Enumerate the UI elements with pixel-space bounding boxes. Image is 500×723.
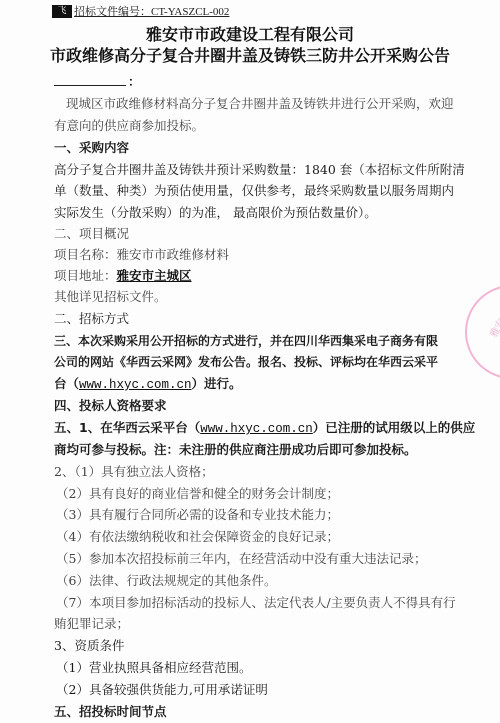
project-address-value: 雅安市主城区 — [117, 268, 192, 283]
qualification-item: （5）参加本次招投标前三年内，在经营活动中没有重大违法记录； — [56, 551, 426, 567]
project-name-row: 项目名称：雅安市市政维修材料 — [54, 247, 229, 263]
section-2-heading: 二、项目概况 — [54, 226, 129, 242]
platform-link[interactable]: www.hxyc.com.cn — [79, 378, 192, 392]
section-3-line-1: 三、本次采购采用公开招标的方式进行，并在四川华西集采电子商务有限 — [54, 333, 438, 349]
salutation: ： — [54, 74, 141, 90]
qualification-3-heading: 3、资质条件 — [54, 638, 124, 654]
section-3-heading: 二、招标方式 — [54, 311, 129, 327]
other-details: 其他详见招标文件。 — [54, 289, 167, 305]
section-1-line: 单（数量、种类）为预估使用量，仅供参考，最终采购数量以服务周期内 — [54, 183, 454, 199]
qualification-item: （7）本项目参加招标活动的投标人、法定代表人/主要负责人不得具有行 — [56, 595, 456, 611]
section-4-heading: 四、投标人资格要求 — [54, 398, 167, 414]
seal-text: 雅安市市政 — [485, 289, 500, 340]
section-3-line-3: 台（www.hxyc.com.cn）进行。 — [54, 376, 242, 393]
salutation-blank — [54, 75, 126, 86]
document-number: 飞 招标文件编号：CT-YASZCL-002 — [52, 3, 229, 19]
project-address-row: 项目地址：雅安市主城区 — [54, 268, 192, 284]
qualification-1-line-1: 五、1、在华西云采平台（www.hxyc.com.cn）已注册的试用级以上的供应 — [54, 420, 475, 437]
qualification-1-line-2: 商均可参与投标。注：未注册的供应商注册成功后即可参加投标。 — [54, 442, 417, 458]
qualification-item: （6）法律、行政法规规定的其他条件。 — [56, 573, 276, 589]
section-1-heading: 一、采购内容 — [54, 140, 129, 156]
project-name-value: 雅安市市政维修材料 — [117, 247, 230, 262]
company-logo-icon: 飞 — [52, 5, 72, 18]
company-name: 雅安市市政建设工程有限公司 — [0, 22, 500, 45]
platform-link[interactable]: www.hxyc.com.cn — [200, 422, 313, 436]
qualification-3-item: （2）具备较强供货能力,可用承诺证明 — [56, 682, 268, 698]
qualification-item: （4）有依法缴纳税收和社会保障资金的良好记录； — [56, 529, 339, 545]
project-name-label: 项目名称： — [54, 247, 117, 262]
announcement-page: 飞 招标文件编号：CT-YASZCL-002 雅安市市政建设工程有限公司 市政维… — [0, 0, 500, 723]
section-3-line-2: 公司的网站《华西云采网》发布公告。报名、投标、评标均在华西云采平 — [54, 354, 438, 370]
section-1-line: 高分子复合井圈井盖及铸铁井预计采购数量：1840 套（本招标文件所附清 — [54, 162, 465, 178]
qualification-item: 2、（1）具有独立法人资格； — [54, 464, 214, 480]
qualification-3-item: （1）营业执照具备相应经营范围。 — [56, 660, 251, 676]
section-5-heading: 五、招投标时间节点 — [54, 704, 167, 720]
document-number-text: 招标文件编号：CT-YASZCL-002 — [74, 3, 229, 19]
page-title: 市政维修高分子复合井圈井盖及铸铁三防井公开采购公告 — [0, 43, 500, 66]
section-1-line: 实际发生（分散采购）的为准， 最高限价为预估数量价）。 — [54, 205, 377, 221]
qualification-item: （3）具有履行合同所必需的设备和专业技术能力； — [56, 507, 339, 523]
official-seal: 雅安市市政 — [465, 285, 500, 379]
intro-line-1: 现城区市政维修材料高分子复合井圈井盖及铸铁井进行公开采购，欢迎 — [66, 96, 454, 112]
qualification-item: （2）具有良好的商业信誉和健全的财务会计制度； — [56, 486, 339, 502]
project-address-label: 项目地址： — [54, 268, 117, 283]
qualification-item: 贿犯罪记录； — [54, 616, 129, 632]
intro-line-2: 有意向的供应商参加投标。 — [54, 118, 204, 134]
